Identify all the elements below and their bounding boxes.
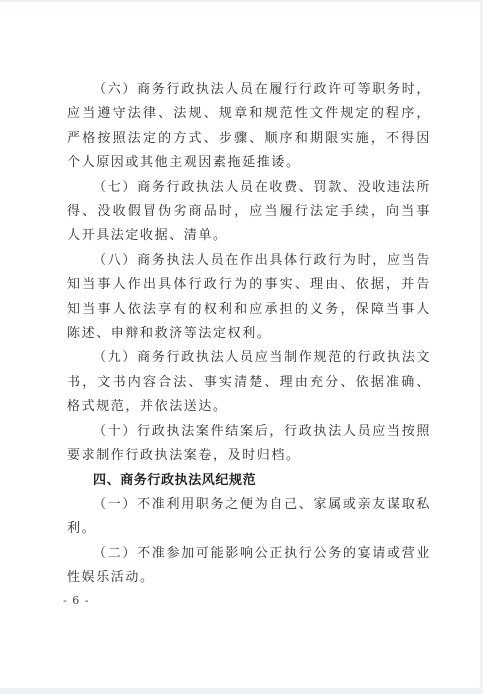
paragraph-item-10: （十）行政执法案件结案后，行政执法人员应当按照要求制作行政执法案卷，及时归档。	[67, 420, 431, 469]
section-heading: 四、商务行政执法风纪规范	[67, 469, 431, 493]
document-body: （六）商务行政执法人员在履行行政许可等职务时，应当遵守法律、法规、规章和规范性文…	[67, 78, 431, 591]
paragraph-item-6: （六）商务行政执法人员在履行行政许可等职务时，应当遵守法律、法规、规章和规范性文…	[67, 78, 431, 176]
document-page: （六）商务行政执法人员在履行行政许可等职务时，应当遵守法律、法规、规章和规范性文…	[0, 2, 480, 688]
paragraph-item-9: （九）商务行政执法人员应当制作规范的行政执法文书，文书内容合法、事实清楚、理由充…	[67, 346, 431, 419]
paragraph-item-7: （七）商务行政执法人员在收费、罚款、没收违法所得、没收假冒伪劣商品时，应当履行法…	[67, 176, 431, 249]
section-paragraph-2: （二）不准参加可能影响公正执行公务的宴请或营业性娱乐活动。	[67, 542, 431, 591]
page-number: - 6 -	[63, 594, 89, 607]
paragraph-item-8: （八）商务执法人员在作出具体行政行为时，应当告知当事人作出具体行政行为的事实、理…	[67, 249, 431, 347]
section-paragraph-1: （一）不准利用职务之便为自己、家属或亲友谋取私利。	[67, 493, 431, 542]
